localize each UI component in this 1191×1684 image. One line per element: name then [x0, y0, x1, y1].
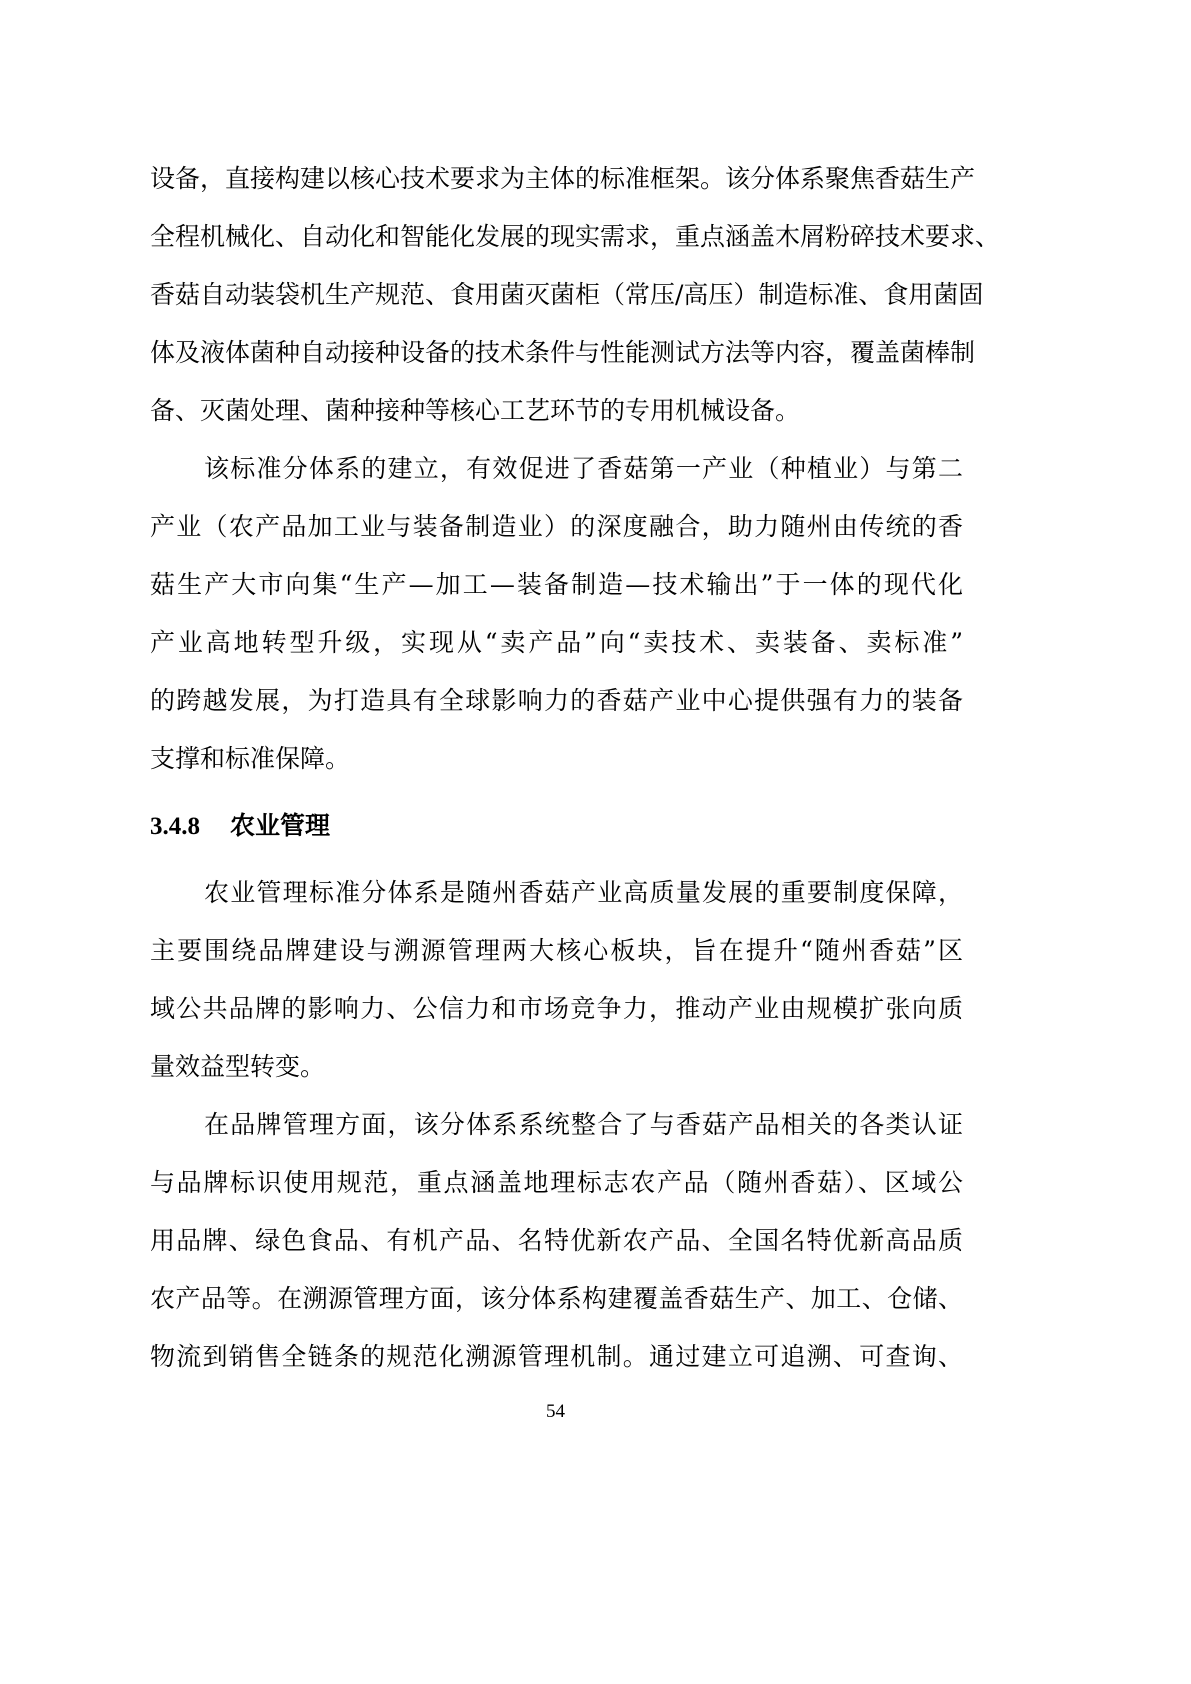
- text-line: 全程机械化、自动化和智能化发展的现实需求，重点涵盖木屑粉碎技术要求、: [150, 208, 963, 266]
- section-heading: 3.4.8农业管理: [150, 788, 963, 864]
- text-line: 与品牌标识使用规范，重点涵盖地理标志农产品（随州香菇）、区域公: [150, 1154, 963, 1212]
- text-line: 备、灭菌处理、菌种接种等核心工艺环节的专用机械设备。: [150, 382, 963, 440]
- text-line: 支撑和标准保障。: [150, 730, 963, 788]
- text-line: 农产品等。在溯源管理方面，该分体系构建覆盖香菇生产、加工、仓储、: [150, 1270, 963, 1328]
- text-line: 量效益型转变。: [150, 1038, 963, 1096]
- text-line: 产业高地转型升级，实现从“卖产品”向“卖技术、卖装备、卖标准”: [150, 614, 963, 672]
- text-line: 产业（农产品加工业与装备制造业）的深度融合，助力随州由传统的香: [150, 498, 963, 556]
- text-line: 域公共品牌的影响力、公信力和市场竞争力，推动产业由规模扩张向质: [150, 980, 963, 1038]
- text-line: 香菇自动装袋机生产规范、食用菌灭菌柜（常压/高压）制造标准、食用菌固: [150, 266, 963, 324]
- paragraph: 该标准分体系的建立，有效促进了香菇第一产业（种植业）与第二 产业（农产品加工业与…: [150, 440, 963, 788]
- text-line: 设备，直接构建以核心技术要求为主体的标准框架。该分体系聚焦香菇生产: [150, 150, 963, 208]
- section-title: 农业管理: [230, 811, 330, 840]
- section-number: 3.4.8: [150, 789, 230, 865]
- page-number: 54: [0, 1398, 1111, 1426]
- text-line: 用品牌、绿色食品、有机产品、名特优新农产品、全国名特优新高品质: [150, 1212, 963, 1270]
- text-line: 的跨越发展，为打造具有全球影响力的香菇产业中心提供强有力的装备: [150, 672, 963, 730]
- text-line: 菇生产大市向集“生产—加工—装备制造—技术输出”于一体的现代化: [150, 556, 963, 614]
- text-line: 在品牌管理方面，该分体系系统整合了与香菇产品相关的各类认证: [150, 1096, 963, 1154]
- text-line: 主要围绕品牌建设与溯源管理两大核心板块，旨在提升“随州香菇”区: [150, 922, 963, 980]
- paragraph: 设备，直接构建以核心技术要求为主体的标准框架。该分体系聚焦香菇生产 全程机械化、…: [150, 150, 963, 440]
- text-line: 该标准分体系的建立，有效促进了香菇第一产业（种植业）与第二: [150, 440, 963, 498]
- document-page: 设备，直接构建以核心技术要求为主体的标准框架。该分体系聚焦香菇生产 全程机械化、…: [0, 0, 1191, 1684]
- text-line: 物流到销售全链条的规范化溯源管理机制。通过建立可追溯、可查询、: [150, 1328, 963, 1386]
- paragraph: 农业管理标准分体系是随州香菇产业高质量发展的重要制度保障， 主要围绕品牌建设与溯…: [150, 864, 963, 1096]
- page-body: 设备，直接构建以核心技术要求为主体的标准框架。该分体系聚焦香菇生产 全程机械化、…: [150, 150, 963, 1386]
- text-line: 体及液体菌种自动接种设备的技术条件与性能测试方法等内容，覆盖菌棒制: [150, 324, 963, 382]
- text-line: 农业管理标准分体系是随州香菇产业高质量发展的重要制度保障，: [150, 864, 963, 922]
- paragraph: 在品牌管理方面，该分体系系统整合了与香菇产品相关的各类认证 与品牌标识使用规范，…: [150, 1096, 963, 1386]
